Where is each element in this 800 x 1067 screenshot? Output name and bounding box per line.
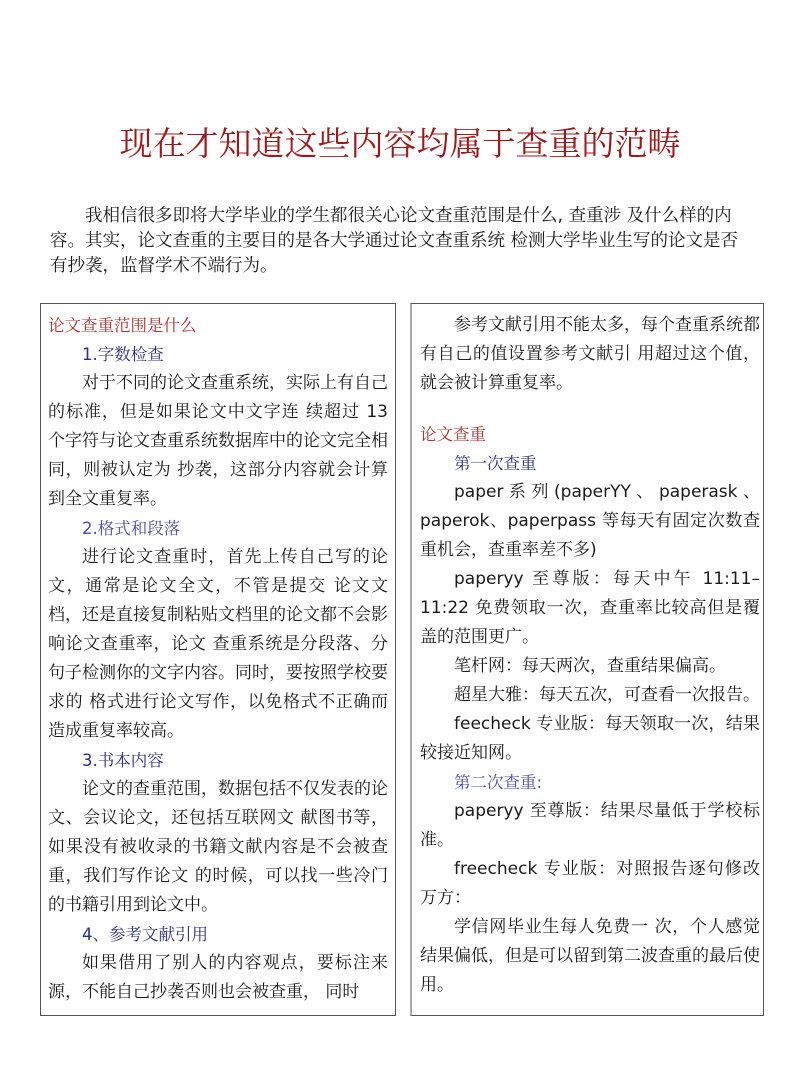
first-check-item: 超星大雅：每天五次，可查看一次报告。 bbox=[420, 681, 760, 710]
paragraph-references-continued: 参考文献引用不能太多，每个查重系统都有自己的值设置参考文献引 用超过这个值，就会… bbox=[420, 311, 760, 398]
paragraph-references: 如果借用了别人的内容观点，要标注来源，不能自己抄袭否则也会被查重， 同时 bbox=[48, 949, 388, 1007]
subheading-format: 2.格式和段落 bbox=[82, 514, 388, 543]
subheading-word-count: 1.字数检查 bbox=[82, 340, 388, 369]
intro-paragraph: 我相信很多即将大学毕业的学生都很关心论文查重范围是什么, 查重涉 及什么样的内容… bbox=[50, 204, 755, 279]
section-heading-scope: 论文查重范围是什么 bbox=[48, 311, 388, 340]
right-column: 参考文献引用不能太多，每个查重系统都有自己的值设置参考文献引 用超过这个值，就会… bbox=[420, 311, 760, 1000]
second-check-item: freecheck 专业版：对照报告逐句修改万方： bbox=[420, 855, 760, 913]
right-column-box: 参考文献引用不能太多，每个查重系统都有自己的值设置参考文献引 用超过这个值，就会… bbox=[410, 303, 764, 1016]
paragraph-book-content: 论文的查重范围，数据包括不仅发表的论文、会议论文，还包括互联网文 献图书等，如果… bbox=[48, 775, 388, 920]
first-check-item: feecheck 专业版：每天领取一次，结果较接近知网。 bbox=[420, 710, 760, 768]
paragraph-format: 进行论文查重时，首先上传自己写的论文，通常是论文全文，不管是提交 论文文档，还是… bbox=[48, 543, 388, 746]
subheading-book-content: 3.书本内容 bbox=[82, 746, 388, 775]
first-check-item: 笔杆网：每天两次，查重结果偏高。 bbox=[420, 652, 760, 681]
subheading-first-check: 第一次查重 bbox=[454, 449, 760, 478]
section-heading-check: 论文查重 bbox=[420, 420, 760, 449]
subheading-references: 4、参考文献引用 bbox=[82, 920, 388, 949]
second-check-item: 学信网毕业生每人免费一 次，个人感觉结果偏低，但是可以留到第二波查重的最后使用。 bbox=[420, 913, 760, 1000]
second-check-item: paperyy 至尊版：结果尽量低于学校标准。 bbox=[420, 797, 760, 855]
subheading-second-check: 第二次查重: bbox=[454, 768, 760, 797]
first-check-item: paperyy 至尊版：每天中午 11:11–11:22 免费领取一次，查重率比… bbox=[420, 565, 760, 652]
left-column: 论文查重范围是什么 1.字数检查 对于不同的论文查重系统，实际上有自己的标准，但… bbox=[48, 311, 388, 1007]
left-column-box: 论文查重范围是什么 1.字数检查 对于不同的论文查重系统，实际上有自己的标准，但… bbox=[40, 303, 396, 1016]
spacer bbox=[420, 398, 760, 420]
first-check-item: paper 系 列 (paperYY 、 paperask 、paperok、p… bbox=[420, 478, 760, 565]
page-title: 现在才知道这些内容均属于查重的范畴 bbox=[0, 118, 800, 165]
intro-text: 我相信很多即将大学毕业的学生都很关心论文查重范围是什么, 查重涉 及什么样的内容… bbox=[50, 204, 755, 279]
paragraph-word-count: 对于不同的论文查重系统，实际上有自己的标准，但是如果论文中文字连 续超过 13 … bbox=[48, 369, 388, 514]
